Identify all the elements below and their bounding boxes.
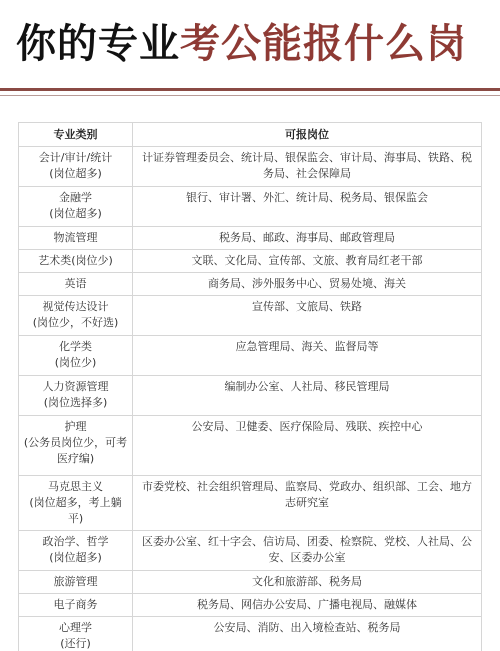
table-row: 会计/审计/统计(岗位超多) 计证券管理委员会、统计局、银保监会、审计局、海事局… bbox=[19, 147, 482, 187]
major-cell: 金融学(岗位超多) bbox=[19, 187, 133, 227]
major-note: (岗位选择多) bbox=[23, 395, 128, 411]
table-row: 视觉传达设计(岗位少，不好选) 宣传部、文旅局、铁路 bbox=[19, 296, 482, 336]
major-note: (岗位超多，考上躺平) bbox=[23, 495, 128, 527]
table-row: 英语 商务局、涉外服务中心、贸易处境、海关 bbox=[19, 273, 482, 296]
major-cell: 物流管理 bbox=[19, 227, 133, 250]
major-name: 化学类 bbox=[23, 339, 128, 355]
major-cell: 电子商务 bbox=[19, 594, 133, 617]
major-cell: 人力资源管理(岗位选择多) bbox=[19, 376, 133, 416]
major-note: (岗位超多) bbox=[23, 166, 128, 182]
major-note: (公务员岗位少，可考医疗编) bbox=[23, 435, 128, 467]
positions-cell: 文化和旅游部、税务局 bbox=[133, 571, 482, 594]
major-name: 心理学 bbox=[23, 620, 128, 636]
title-part-major: 你的专业 bbox=[16, 20, 180, 67]
table-header-row: 专业类别 可报岗位 bbox=[19, 123, 482, 147]
major-note: (岗位超多) bbox=[23, 550, 128, 566]
positions-cell: 文联、文化局、宣传部、文旅、教育局红老干部 bbox=[133, 250, 482, 273]
header-major: 专业类别 bbox=[19, 123, 133, 147]
table-row: 化学类(岗位少) 应急管理局、海关、监督局等 bbox=[19, 336, 482, 376]
major-cell: 护理(公务员岗位少，可考医疗编) bbox=[19, 416, 133, 476]
positions-cell: 商务局、涉外服务中心、贸易处境、海关 bbox=[133, 273, 482, 296]
major-name: 物流管理 bbox=[54, 231, 98, 244]
table-row: 艺术类(岗位少) 文联、文化局、宣传部、文旅、教育局红老干部 bbox=[19, 250, 482, 273]
table-row: 马克思主义(岗位超多，考上躺平) 市委党校、社会组织管理局、监察局、党政办、组织… bbox=[19, 476, 482, 531]
major-cell: 英语 bbox=[19, 273, 133, 296]
positions-cell: 公安局、消防、出入境检查站、税务局 bbox=[133, 617, 482, 651]
positions-cell: 税务局、邮政、海事局、邮政管理局 bbox=[133, 227, 482, 250]
header-positions: 可报岗位 bbox=[133, 123, 482, 147]
major-name: 艺术类(岗位少) bbox=[38, 254, 113, 267]
major-cell: 马克思主义(岗位超多，考上躺平) bbox=[19, 476, 133, 531]
major-positions-table: 专业类别 可报岗位 会计/审计/统计(岗位超多) 计证券管理委员会、统计局、银保… bbox=[18, 122, 482, 651]
positions-cell: 税务局、网信办公安局、广播电视局、融媒体 bbox=[133, 594, 482, 617]
major-name: 电子商务 bbox=[54, 598, 98, 611]
title-part-question: 考公能报什么岗 bbox=[180, 20, 467, 67]
major-name: 政治学、哲学 bbox=[23, 534, 128, 550]
positions-cell: 市委党校、社会组织管理局、监察局、党政办、组织部、工会、地方志研究室 bbox=[133, 476, 482, 531]
major-note: (还行) bbox=[23, 636, 128, 651]
positions-cell: 应急管理局、海关、监督局等 bbox=[133, 336, 482, 376]
major-name: 视觉传达设计 bbox=[23, 299, 128, 315]
page-title: 你的专业考公能报什么岗 bbox=[16, 22, 486, 66]
major-cell: 视觉传达设计(岗位少，不好选) bbox=[19, 296, 133, 336]
major-note: (岗位少) bbox=[23, 355, 128, 371]
positions-cell: 宣传部、文旅局、铁路 bbox=[133, 296, 482, 336]
positions-cell: 公安局、卫健委、医疗保险局、残联、疾控中心 bbox=[133, 416, 482, 476]
positions-cell: 区委办公室、红十字会、信访局、团委、检察院、党校、人社局、公安、区委办公室 bbox=[133, 531, 482, 571]
major-cell: 艺术类(岗位少) bbox=[19, 250, 133, 273]
major-name: 护理 bbox=[23, 419, 128, 435]
major-name: 会计/审计/统计 bbox=[23, 150, 128, 166]
major-note: (岗位少，不好选) bbox=[23, 315, 128, 331]
table-row: 政治学、哲学(岗位超多) 区委办公室、红十字会、信访局、团委、检察院、党校、人社… bbox=[19, 531, 482, 571]
major-cell: 化学类(岗位少) bbox=[19, 336, 133, 376]
table-row: 人力资源管理(岗位选择多) 编制办公室、人社局、移民管理局 bbox=[19, 376, 482, 416]
major-cell: 会计/审计/统计(岗位超多) bbox=[19, 147, 133, 187]
major-note: (岗位超多) bbox=[23, 206, 128, 222]
major-cell: 心理学(还行) bbox=[19, 617, 133, 651]
table-row: 电子商务 税务局、网信办公安局、广播电视局、融媒体 bbox=[19, 594, 482, 617]
table-row: 心理学(还行) 公安局、消防、出入境检查站、税务局 bbox=[19, 617, 482, 651]
positions-cell: 计证券管理委员会、统计局、银保监会、审计局、海事局、铁路、税务局、社会保障局 bbox=[133, 147, 482, 187]
title-divider-thick bbox=[0, 88, 500, 91]
major-name: 金融学 bbox=[23, 190, 128, 206]
table-row: 金融学(岗位超多) 银行、审计署、外汇、统计局、税务局、银保监会 bbox=[19, 187, 482, 227]
table-row: 物流管理 税务局、邮政、海事局、邮政管理局 bbox=[19, 227, 482, 250]
title-divider-thin bbox=[0, 95, 500, 96]
table-row: 旅游管理 文化和旅游部、税务局 bbox=[19, 571, 482, 594]
major-name: 马克思主义 bbox=[23, 479, 128, 495]
table-row: 护理(公务员岗位少，可考医疗编) 公安局、卫健委、医疗保险局、残联、疾控中心 bbox=[19, 416, 482, 476]
positions-cell: 银行、审计署、外汇、统计局、税务局、银保监会 bbox=[133, 187, 482, 227]
major-name: 英语 bbox=[65, 277, 87, 290]
major-cell: 旅游管理 bbox=[19, 571, 133, 594]
positions-cell: 编制办公室、人社局、移民管理局 bbox=[133, 376, 482, 416]
major-cell: 政治学、哲学(岗位超多) bbox=[19, 531, 133, 571]
major-name: 旅游管理 bbox=[54, 575, 98, 588]
major-name: 人力资源管理 bbox=[23, 379, 128, 395]
